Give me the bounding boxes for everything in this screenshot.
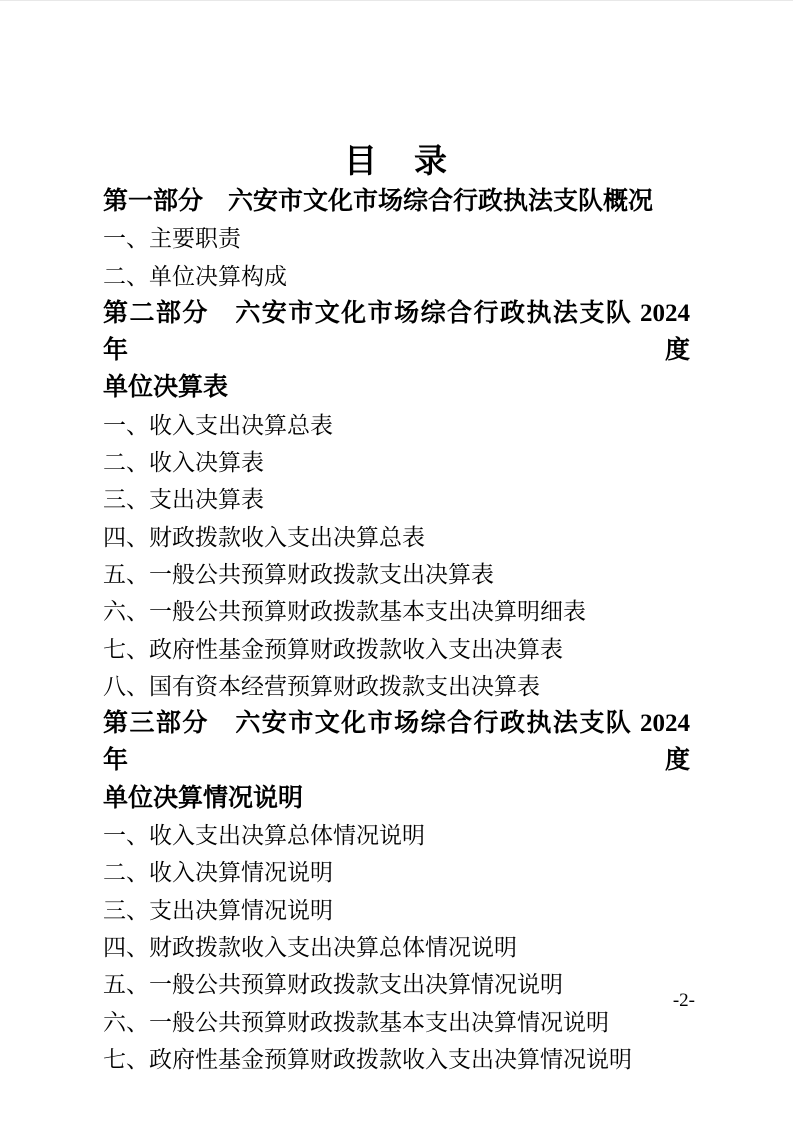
toc-item: 八、国有资本经营预算财政拨款支出决算表 xyxy=(103,668,690,705)
toc-item: 四、财政拨款收入支出决算总体情况说明 xyxy=(103,929,690,966)
part3-heading-line1: 第三部分 六安市文化市场综合行政执法支队 2024 年度 xyxy=(103,705,690,780)
toc-item: 六、一般公共预算财政拨款基本支出决算明细表 xyxy=(103,593,690,630)
toc-part-2: 第二部分 六安市文化市场综合行政执法支队 2024 年度 单位决算表 一、收入支… xyxy=(103,295,690,705)
toc-item: 七、政府性基金预算财政拨款收入支出决算表 xyxy=(103,631,690,668)
toc-item: 五、一般公共预算财政拨款支出决算情况说明 xyxy=(103,966,690,1003)
toc-item: 七、政府性基金预算财政拨款收入支出决算情况说明 xyxy=(103,1041,690,1078)
toc-part-1: 第一部分 六安市文化市场综合行政执法支队概况 一、主要职责 二、单位决算构成 xyxy=(103,183,690,295)
page-number: -2- xyxy=(673,989,695,1013)
toc-item: 三、支出决算情况说明 xyxy=(103,892,690,929)
document-page: 目 录 第一部分 六安市文化市场综合行政执法支队概况 一、主要职责 二、单位决算… xyxy=(0,0,793,1123)
part2-heading-line2: 单位决算表 xyxy=(103,369,690,406)
toc-item: 二、单位决算构成 xyxy=(103,258,690,295)
toc-item: 二、收入决算表 xyxy=(103,444,690,481)
part1-heading: 第一部分 六安市文化市场综合行政执法支队概况 xyxy=(103,183,690,220)
toc-part-3: 第三部分 六安市文化市场综合行政执法支队 2024 年度 单位决算情况说明 一、… xyxy=(103,705,690,1078)
part3-heading-line2: 单位决算情况说明 xyxy=(103,780,690,817)
toc-item: 四、财政拨款收入支出决算总表 xyxy=(103,519,690,556)
toc-item: 六、一般公共预算财政拨款基本支出决算情况说明 xyxy=(103,1004,690,1041)
toc-item: 二、收入决算情况说明 xyxy=(103,854,690,891)
toc-item: 三、支出决算表 xyxy=(103,481,690,518)
toc-item: 一、收入支出决算总表 xyxy=(103,407,690,444)
part2-heading-line1: 第二部分 六安市文化市场综合行政执法支队 2024 年度 xyxy=(103,295,690,370)
toc-content: 目 录 第一部分 六安市文化市场综合行政执法支队概况 一、主要职责 二、单位决算… xyxy=(103,138,690,1078)
toc-item: 一、主要职责 xyxy=(103,220,690,257)
toc-item: 一、收入支出决算总体情况说明 xyxy=(103,817,690,854)
toc-title: 目 录 xyxy=(103,138,690,183)
toc-item: 五、一般公共预算财政拨款支出决算表 xyxy=(103,556,690,593)
